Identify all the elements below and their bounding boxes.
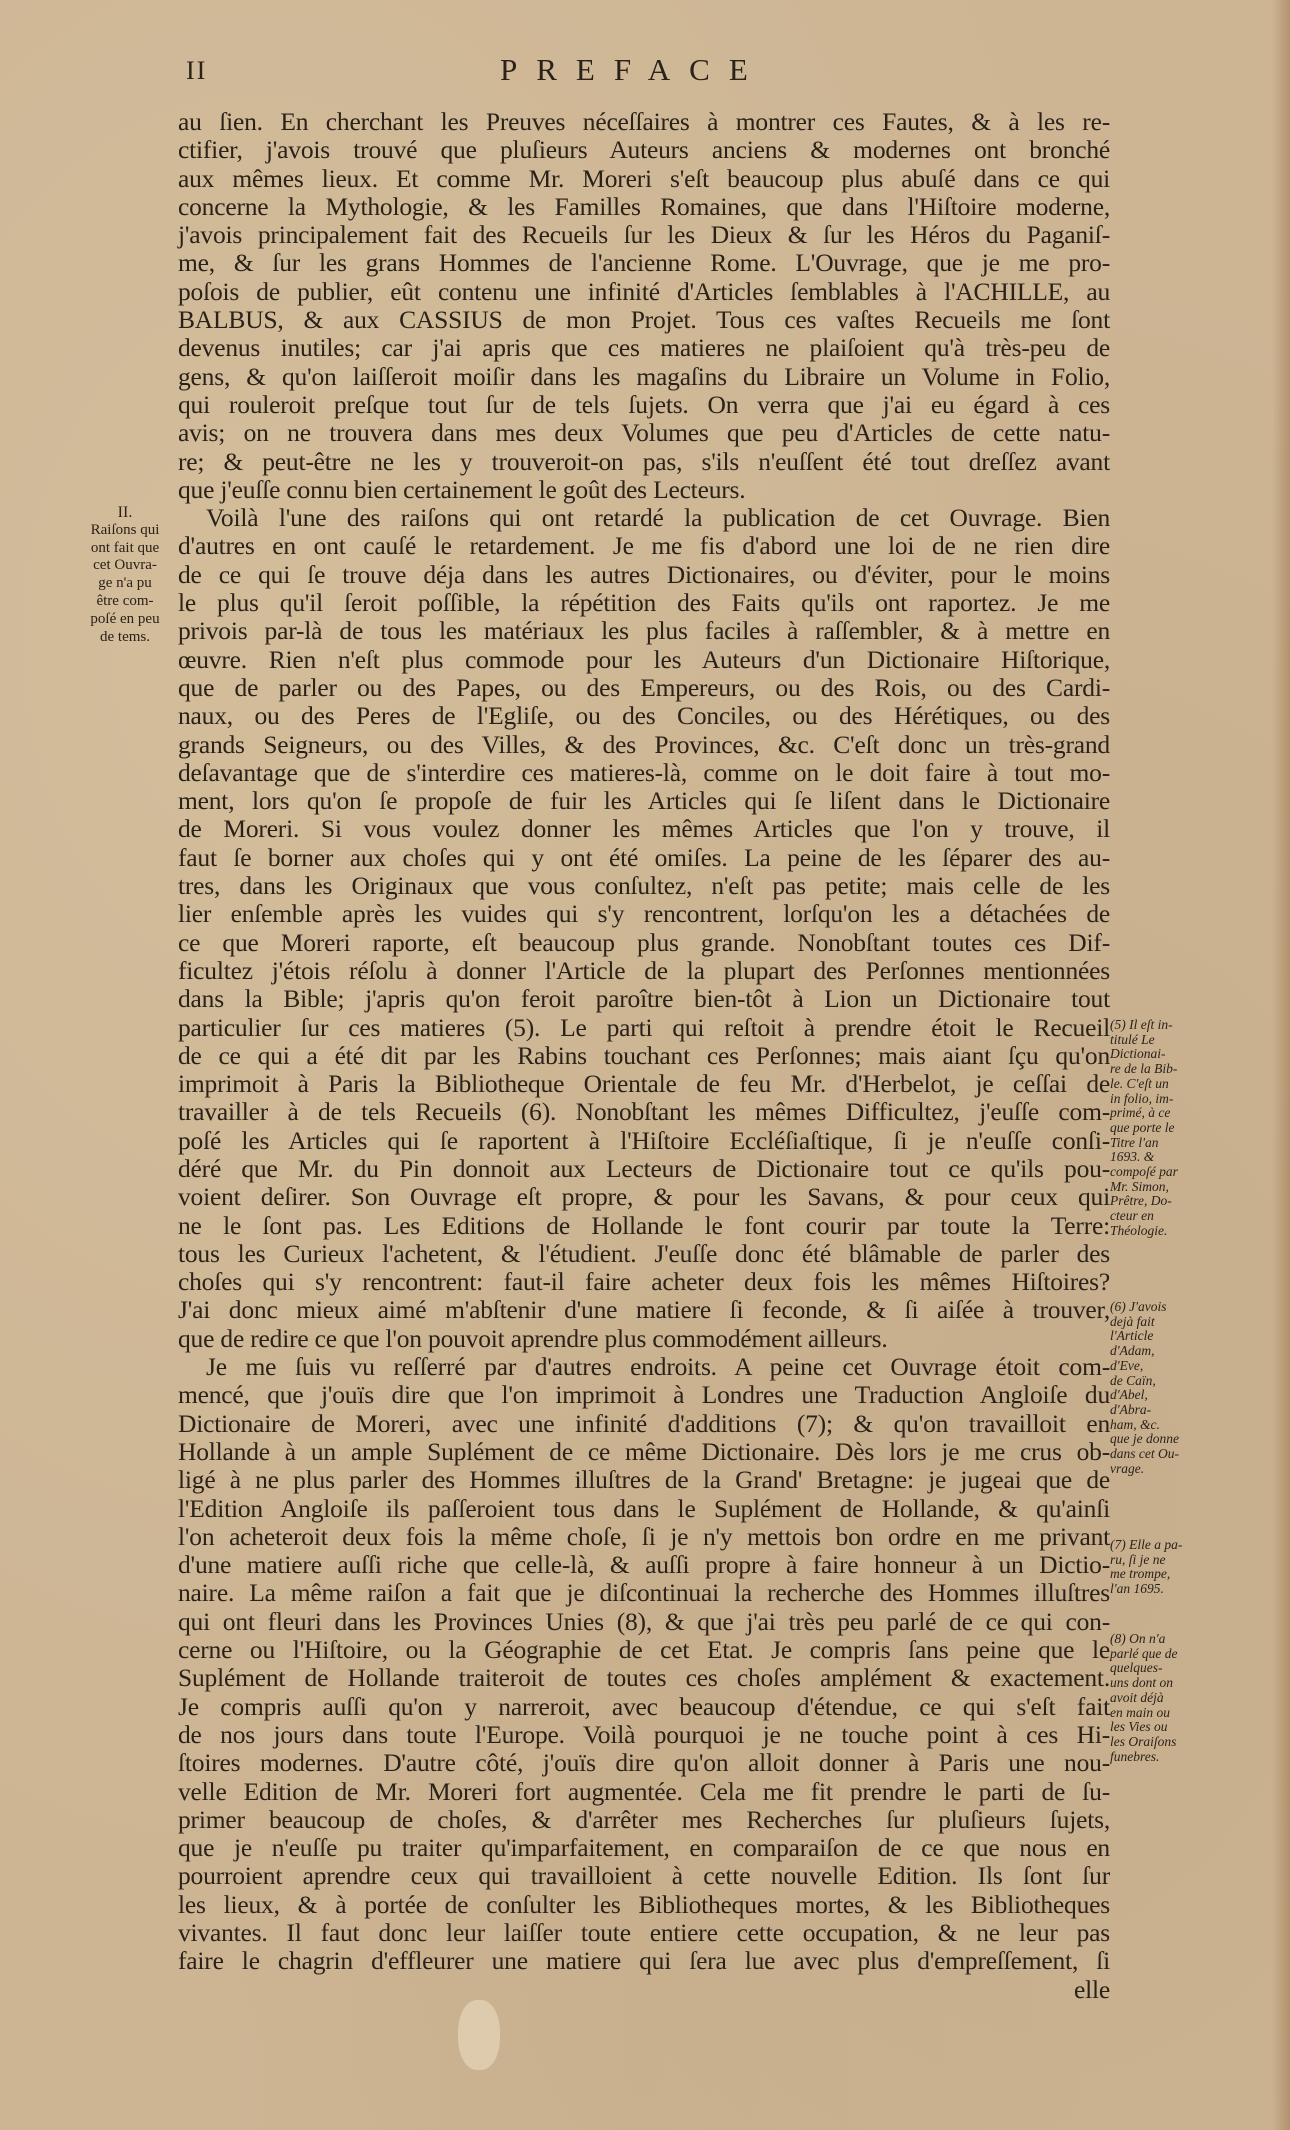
text-line: voient deſirer. Son Ouvrage eſt propre, …	[178, 1183, 1110, 1211]
margin-note-line: l'an 1695.	[1110, 1582, 1190, 1597]
text-line: naire. La même raiſon a fait que je diſc…	[178, 1579, 1110, 1607]
text-line: particulier ſur ces matieres (5). Le par…	[178, 1014, 1110, 1042]
margin-note-line: le. C'eſt un	[1110, 1077, 1190, 1092]
text-line: devenus inutiles; car j'ai apris que ces…	[178, 334, 1110, 362]
margin-note-line: Titre l'an	[1110, 1136, 1190, 1151]
text-line: les lieux, & à portée de conſulter les B…	[178, 1891, 1110, 1919]
text-line: tous les Curieux l'achetent, & l'étudien…	[178, 1240, 1110, 1268]
running-title: PREFACE	[500, 52, 767, 88]
page-number: II	[186, 56, 207, 86]
text-line: pourroient aprendre ceux qui travailloie…	[178, 1862, 1110, 1890]
margin-note-line: vrage.	[1110, 1462, 1190, 1477]
text-line: naux, ou des Peres de l'Egliſe, ou des C…	[178, 702, 1110, 730]
text-line: ficultez j'étois réſolu à donner l'Artic…	[178, 957, 1110, 985]
text-line: faire le chagrin d'effleurer une matiere…	[178, 1947, 1110, 1975]
margin-note-line: que porte le	[1110, 1121, 1190, 1136]
margin-note-line: cteur en	[1110, 1209, 1190, 1224]
text-line: déré que Mr. du Pin donnoit aux Lecteurs…	[178, 1155, 1110, 1183]
text-line: le plus qu'il ſeroit poſſible, la répéti…	[178, 589, 1110, 617]
margin-note-line: dans cet Ou-	[1110, 1447, 1190, 1462]
text-line: Voilà l'une des raiſons qui ont retardé …	[178, 504, 1110, 532]
text-line: ment, lors qu'on ſe propoſe de fuir les …	[178, 787, 1110, 815]
text-line: BALBUS, & aux CASSIUS de mon Projet. Tou…	[178, 306, 1110, 334]
text-line: qui rouleroit preſque tout ſur de tels ſ…	[178, 391, 1110, 419]
margin-note-line: ru, ſi je ne	[1110, 1553, 1190, 1568]
text-line: poſois de publier, eût contenu une infin…	[178, 278, 1110, 306]
text-line: lier enſemble après les vuides qui s'y r…	[178, 900, 1110, 928]
text-line: l'Edition Angloiſe ils paſſeroient tous …	[178, 1495, 1110, 1523]
text-line: faut ſe borner aux choſes qui y ont été …	[178, 844, 1110, 872]
margin-note-line: Prêtre, Do-	[1110, 1194, 1190, 1209]
margin-note-line: de tems.	[76, 629, 174, 647]
margin-note-line: en main ou	[1110, 1706, 1190, 1721]
text-line: de Moreri. Si vous voulez donner les mêm…	[178, 815, 1110, 843]
text-line: ligé à ne plus parler des Hommes illuſtr…	[178, 1466, 1110, 1494]
text-line: me, & ſur les grans Hommes de l'ancienne…	[178, 249, 1110, 277]
text-line: de ce qui a été dit par les Rabins touch…	[178, 1042, 1110, 1070]
margin-note-line: (5) Il eſt in-	[1110, 1018, 1190, 1033]
text-line: ne le ſont pas. Les Editions de Hollande…	[178, 1212, 1110, 1240]
margin-note-line: uns dont on	[1110, 1676, 1190, 1691]
text-line: tres, dans les Originaux que vous conſul…	[178, 872, 1110, 900]
margin-note-line: 1693. &	[1110, 1150, 1190, 1165]
margin-note-line: d'Abra-	[1110, 1403, 1190, 1418]
margin-note-line: Mr. Simon,	[1110, 1180, 1190, 1195]
text-line: J'ai donc mieux aimé m'abſtenir d'une ma…	[178, 1296, 1110, 1324]
margin-note-line: parlé que de	[1110, 1647, 1190, 1662]
margin-note-line: re de la Bib-	[1110, 1062, 1190, 1077]
margin-note-line: funebres.	[1110, 1750, 1190, 1765]
margin-note-line: être com-	[76, 593, 174, 611]
text-line: concerne la Mythologie, & les Familles R…	[178, 193, 1110, 221]
text-line: j'avois principalement fait des Recueils…	[178, 221, 1110, 249]
text-line: œuvre. Rien n'eſt plus commode pour les …	[178, 646, 1110, 674]
text-line: que de redire ce que l'on pouvoit aprend…	[178, 1325, 1110, 1353]
text-line: ce que Moreri raporte, eſt beaucoup plus…	[178, 929, 1110, 957]
margin-note-line: que je donne	[1110, 1432, 1190, 1447]
margin-note-line: ge n'a pu	[76, 575, 174, 593]
text-line: poſé les Articles qui ſe raportent à l'H…	[178, 1127, 1110, 1155]
margin-note-line: (6) J'avois	[1110, 1300, 1190, 1315]
text-line: grands Seigneurs, ou des Villes, & des P…	[178, 731, 1110, 759]
margin-section-number: II.	[76, 504, 174, 522]
margin-note-line: d'Abel,	[1110, 1388, 1190, 1403]
margin-note-line: Dictionai-	[1110, 1047, 1190, 1062]
text-line: ſtoires modernes. D'autre côté, j'ouïs d…	[178, 1749, 1110, 1777]
margin-note-7: (7) Elle a pa-ru, ſi je neme trompe,l'an…	[1110, 1538, 1190, 1597]
margin-note-line: ont fait que	[76, 540, 174, 558]
text-line: dans la Bible; j'apris qu'on feroit paro…	[178, 985, 1110, 1013]
margin-note-line: (8) On n'a	[1110, 1632, 1190, 1647]
margin-note-line: d'Adam,	[1110, 1344, 1190, 1359]
text-line: l'on acheteroit deux fois la même choſe,…	[178, 1523, 1110, 1551]
text-line: re; & peut-être ne les y trouveroit-on p…	[178, 448, 1110, 476]
margin-note-line: les Vies ou	[1110, 1720, 1190, 1735]
margin-note-line: dejà fait	[1110, 1315, 1190, 1330]
text-line: cerne ou l'Hiſtoire, ou la Géographie de…	[178, 1636, 1110, 1664]
margin-note-line: Raiſons qui	[76, 522, 174, 540]
margin-note-line: quelques-	[1110, 1661, 1190, 1676]
text-line: choſes qui s'y rencontrent: faut-il fair…	[178, 1268, 1110, 1296]
margin-note-8: (8) On n'aparlé que dequelques-uns dont …	[1110, 1632, 1190, 1764]
margin-note-line: poſé en peu	[76, 611, 174, 629]
margin-note-line: de Caïn,	[1110, 1374, 1190, 1389]
margin-note-line: (7) Elle a pa-	[1110, 1538, 1190, 1553]
margin-note-line: ham, &c.	[1110, 1418, 1190, 1433]
text-line: elle	[178, 1976, 1110, 2004]
text-line: ctifier, j'avois trouvé que pluſieurs Au…	[178, 136, 1110, 164]
text-line: travailler à de tels Recueils (6). Nonob…	[178, 1098, 1110, 1126]
text-line: d'autres en ont cauſé le retardement. Je…	[178, 532, 1110, 560]
margin-note-line: Théologie.	[1110, 1224, 1190, 1239]
text-line: Dictionaire de Moreri, avec une infinité…	[178, 1410, 1110, 1438]
margin-note-line: compoſé par	[1110, 1165, 1190, 1180]
page-edge-shadow	[1272, 0, 1290, 2130]
margin-note-line: avoit déjà	[1110, 1691, 1190, 1706]
text-line: que de parler ou des Papes, ou des Emper…	[178, 674, 1110, 702]
text-line: vivantes. Il faut donc leur laiſſer tout…	[178, 1919, 1110, 1947]
paper-stain	[458, 2000, 500, 2070]
text-line: gens, & qu'on laiſſeroit moiſir dans les…	[178, 363, 1110, 391]
margin-note-line: les Oraiſons	[1110, 1735, 1190, 1750]
text-line: mencé, que j'ouïs dire que l'on imprimoi…	[178, 1381, 1110, 1409]
page-header: II PREFACE	[178, 52, 1108, 88]
text-line: que je n'euſſe pu traiter qu'imparfaitem…	[178, 1834, 1110, 1862]
body-text: au ſien. En cherchant les Preuves néceſſ…	[178, 108, 1110, 2004]
margin-note-line: in folio, im-	[1110, 1092, 1190, 1107]
text-line: Hollande à un ample Suplément de ce même…	[178, 1438, 1110, 1466]
margin-note-line: l'Article	[1110, 1329, 1190, 1344]
margin-note-line: primé, à ce	[1110, 1106, 1190, 1121]
text-line: de ce qui ſe trouve déja dans les autres…	[178, 561, 1110, 589]
text-line: Je me ſuis vu reſſerré par d'autres endr…	[178, 1353, 1110, 1381]
text-line: qui ont fleuri dans les Provinces Unies …	[178, 1608, 1110, 1636]
margin-note-text: Raiſons quiont fait quecet Ouvra-ge n'a …	[76, 522, 174, 647]
margin-note-line: cet Ouvra-	[76, 557, 174, 575]
text-line: d'une matiere auſſi riche que celle-là, …	[178, 1551, 1110, 1579]
margin-note-5: (5) Il eſt in-titulé LeDictionai-re de l…	[1110, 1018, 1190, 1239]
margin-note-left: II. Raiſons quiont fait quecet Ouvra-ge …	[76, 504, 174, 646]
margin-note-line: d'Eve,	[1110, 1359, 1190, 1374]
text-line: avis; on ne trouvera dans mes deux Volum…	[178, 419, 1110, 447]
text-line: imprimoit à Paris la Bibliotheque Orient…	[178, 1070, 1110, 1098]
text-line: que j'euſſe connu bien certainement le g…	[178, 476, 1110, 504]
text-line: deſavantage que de s'interdire ces matie…	[178, 759, 1110, 787]
text-line: au ſien. En cherchant les Preuves néceſſ…	[178, 108, 1110, 136]
text-line: de nos jours dans toute l'Europe. Voilà …	[178, 1721, 1110, 1749]
text-line: Suplément de Hollande traiteroit de tout…	[178, 1664, 1110, 1692]
margin-note-6: (6) J'avoisdejà faitl'Articled'Adam,d'Ev…	[1110, 1300, 1190, 1476]
text-line: privois par-là de tous les matériaux les…	[178, 617, 1110, 645]
margin-note-line: me trompe,	[1110, 1567, 1190, 1582]
margin-note-line: titulé Le	[1110, 1033, 1190, 1048]
text-line: Je compris auſſi qu'on y narreroit, avec…	[178, 1693, 1110, 1721]
text-line: primer beaucoup de choſes, & d'arrêter m…	[178, 1806, 1110, 1834]
text-line: velle Edition de Mr. Moreri fort augment…	[178, 1778, 1110, 1806]
text-line: aux mêmes lieux. Et comme Mr. Moreri s'e…	[178, 165, 1110, 193]
